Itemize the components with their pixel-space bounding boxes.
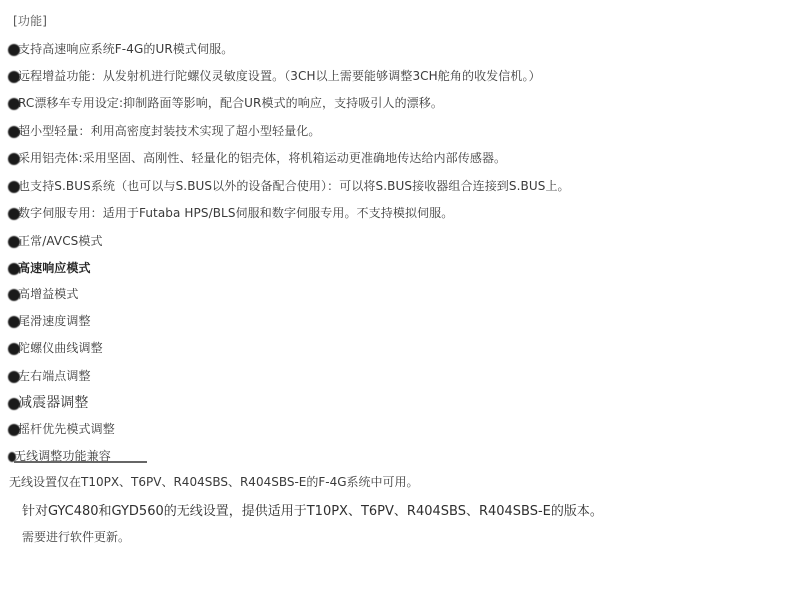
feature-item: 减震器调整: [8, 392, 89, 412]
bullet-icon: [8, 316, 20, 328]
feature-item: 超小型轻量：利用高密度封装技术实现了超小型轻量化。: [8, 120, 321, 140]
feature-item: 采用铝壳体:采用坚固、高刚性、轻量化的铝壳体，将机箱运动更准确地传达给内部传感器…: [8, 147, 506, 167]
bullet-icon: [8, 181, 20, 193]
feature-item: 正常/AVCS模式: [8, 230, 103, 250]
feature-text: 超小型轻量：利用高密度封装技术实现了超小型轻量化。: [18, 122, 321, 139]
bullet-icon: [8, 263, 20, 275]
feature-text: 高速响应模式: [18, 259, 91, 276]
feature-text: 左右端点调整: [18, 367, 91, 384]
feature-item: 尾滑速度调整: [8, 310, 91, 330]
feature-text: 减震器调整: [18, 392, 89, 412]
feature-text: 尾滑速度调整: [18, 312, 91, 329]
feature-item: 高速响应模式: [8, 257, 91, 277]
feature-item: 陀螺仪曲线调整: [8, 337, 103, 357]
feature-text: 数字伺服专用：适用于Futaba HPS/BLS伺服和数字伺服专用。不支持模拟伺…: [18, 204, 453, 221]
bullet-icon: [8, 44, 20, 56]
feature-document: [功能] 支持高速响应系统F-4G的UR模式伺服。 远程增益功能：从发射机进行陀…: [0, 0, 800, 612]
note-version: 针对GYC480和GYD560的无线设置，提供适用于T10PX、T6PV、R40…: [22, 500, 603, 519]
section-title: [功能]: [13, 12, 47, 29]
feature-item: RC漂移车专用设定:抑制路面等影响，配合UR模式的响应，支持吸引人的漂移。: [8, 92, 443, 112]
note-availability: 无线设置仅在T10PX、T6PV、R404SBS、R404SBS-E的F-4G系…: [9, 473, 419, 490]
feature-text: 高增益模式: [18, 285, 79, 302]
feature-text: 陀螺仪曲线调整: [18, 339, 103, 356]
feature-item: 也支持S.BUS系统（也可以与S.BUS以外的设备配合使用）：可以将S.BUS接…: [8, 175, 570, 195]
feature-item: 左右端点调整: [8, 365, 91, 385]
feature-text: 也支持S.BUS系统（也可以与S.BUS以外的设备配合使用）：可以将S.BUS接…: [18, 177, 570, 194]
feature-text: 摇杆优先模式调整: [18, 420, 115, 437]
bullet-icon: [8, 236, 20, 248]
feature-item: 数字伺服专用：适用于Futaba HPS/BLS伺服和数字伺服专用。不支持模拟伺…: [8, 202, 453, 222]
bullet-icon: [8, 398, 20, 410]
bullet-icon: [8, 371, 20, 383]
feature-text: RC漂移车专用设定:抑制路面等影响，配合UR模式的响应，支持吸引人的漂移。: [18, 94, 443, 111]
feature-item: 摇杆优先模式调整: [8, 418, 115, 438]
bullet-icon: [8, 424, 20, 436]
bullet-icon: [8, 208, 20, 220]
note-software-update: 需要进行软件更新。: [22, 528, 130, 545]
feature-text: 支持高速响应系统F-4G的UR模式伺服。: [18, 40, 233, 57]
bullet-icon: [8, 153, 20, 165]
bullet-icon: [8, 343, 20, 355]
bullet-icon: [8, 98, 20, 110]
bullet-icon: [8, 126, 20, 138]
feature-text: 采用铝壳体:采用坚固、高刚性、轻量化的铝壳体，将机箱运动更准确地传达给内部传感器…: [18, 149, 506, 166]
bullet-icon: [8, 71, 20, 83]
feature-item: 远程增益功能：从发射机进行陀螺仪灵敏度设置。（3CH以上需要能够调整3CH舵角的…: [8, 65, 541, 85]
feature-item: 高增益模式: [8, 283, 79, 303]
feature-text: 远程增益功能：从发射机进行陀螺仪灵敏度设置。（3CH以上需要能够调整3CH舵角的…: [18, 67, 541, 84]
bullet-icon: [8, 289, 20, 301]
underline-divider: [14, 461, 147, 463]
feature-item: 支持高速响应系统F-4G的UR模式伺服。: [8, 38, 233, 58]
feature-text: 正常/AVCS模式: [18, 232, 103, 249]
